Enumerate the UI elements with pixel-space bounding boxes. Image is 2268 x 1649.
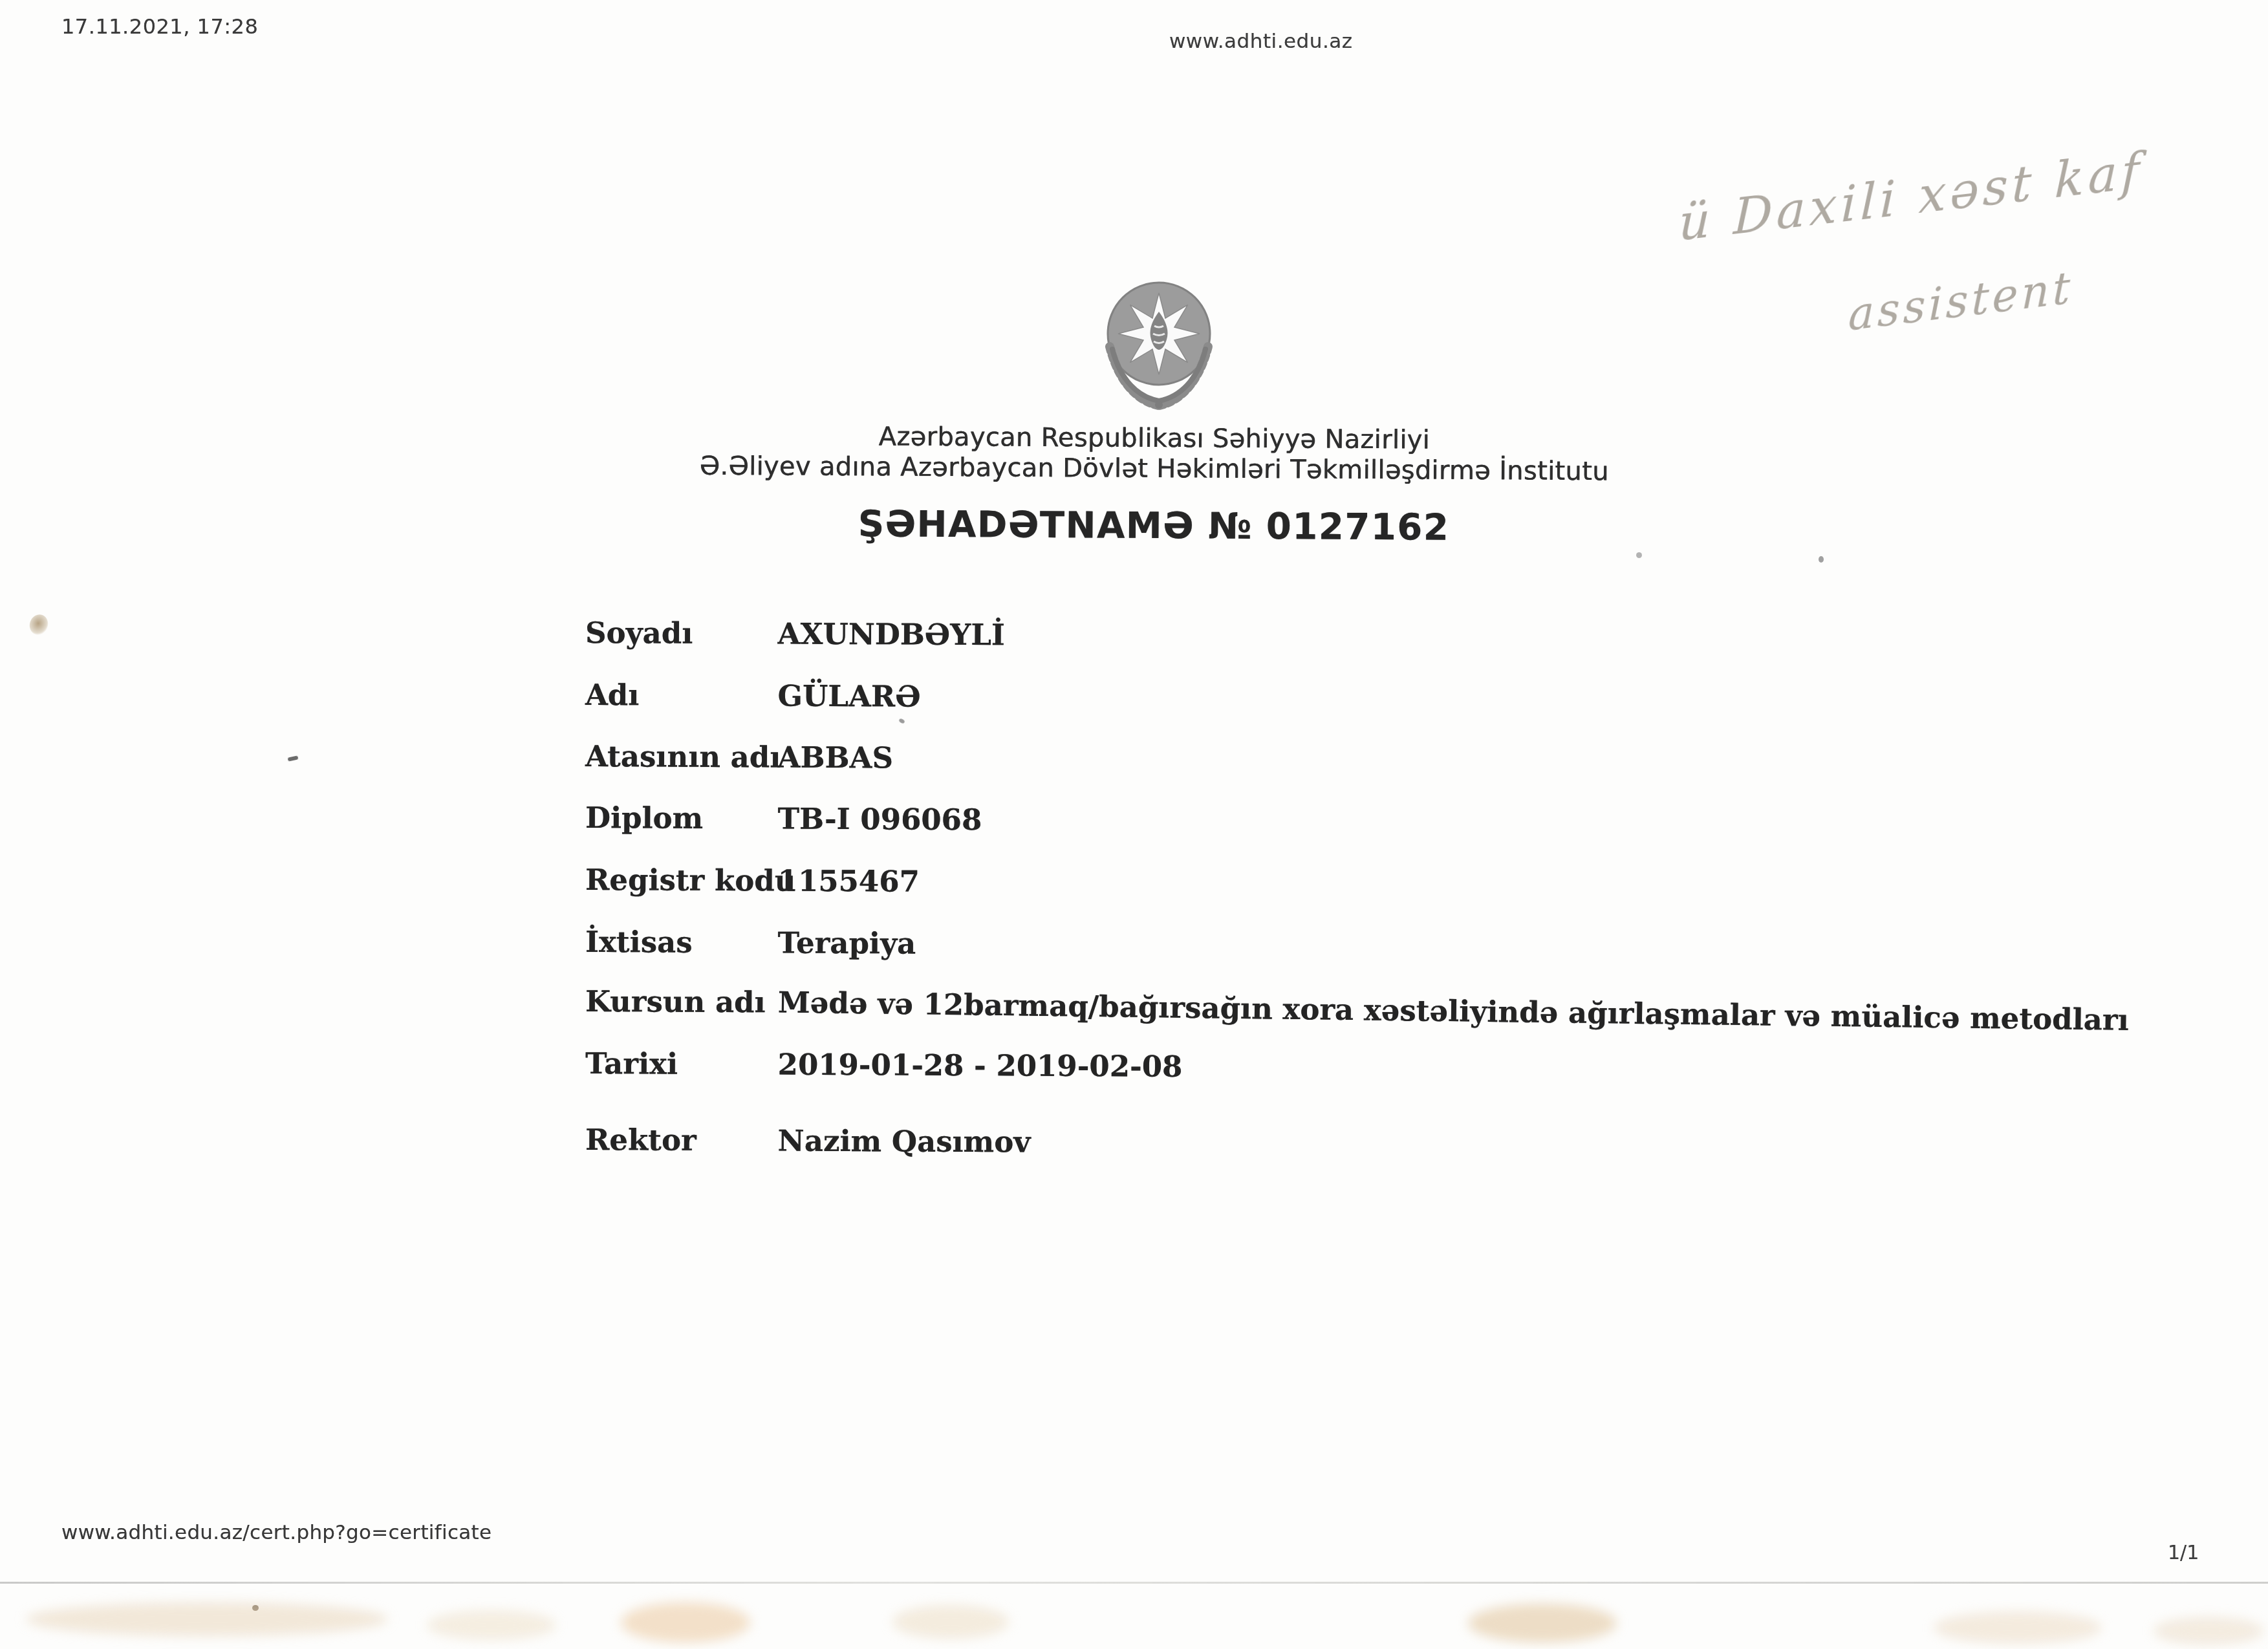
field-label: Adı — [585, 678, 768, 713]
handwritten-note-line1: ü Daxili xəst kaf — [1678, 141, 2144, 252]
field-label: Kursun adı — [585, 984, 768, 1019]
field-label: Soyadı — [585, 616, 768, 651]
scan-smudge — [427, 1610, 556, 1640]
scan-smudge — [2154, 1617, 2263, 1645]
scan-smudge — [26, 1602, 388, 1636]
field-value: GÜLARƏ — [778, 679, 921, 714]
field-row-registry-code: Registr kodu 1155467 — [585, 863, 920, 899]
scan-smudge — [621, 1602, 750, 1643]
field-label: Atasının adı — [585, 739, 768, 774]
print-header-url: www.adhti.edu.az — [1169, 30, 1353, 53]
field-row-course-name: Kursun adı Mədə və 12barmaq/bağırsağın x… — [585, 984, 2129, 1026]
scan-speck — [27, 612, 50, 638]
field-value: 2019-01-28 - 2019-02-08 — [778, 1048, 1183, 1084]
field-label: Registr kodu — [585, 863, 768, 898]
scan-smudge — [892, 1605, 1009, 1639]
institute-name: Ə.Əliyev adına Azərbaycan Dövlət Həkimlə… — [604, 451, 1703, 488]
field-row-father-name: Atasının adı ABBAS — [585, 739, 893, 775]
field-row-specialty: İxtisas Terapiya — [585, 925, 916, 961]
field-label: İxtisas — [585, 925, 768, 960]
azerbaijan-coat-of-arms-icon — [1103, 278, 1215, 426]
field-row-surname: Soyadı AXUNDBƏYLİ — [585, 616, 1005, 652]
scan-speck — [1819, 556, 1824, 563]
field-row-rector: Rektor Nazim Qasımov — [585, 1123, 1031, 1159]
field-value: TB-I 096068 — [778, 802, 982, 837]
scan-speck — [1636, 552, 1642, 558]
field-value: Mədə və 12barmaq/bağırsağın xora xəstəli… — [777, 986, 2128, 1037]
scan-edge-line — [0, 1582, 2268, 1584]
field-label: Diplom — [585, 801, 768, 835]
scan-speck — [252, 1605, 259, 1611]
field-value: 1155467 — [778, 864, 920, 899]
field-row-name: Adı GÜLARƏ — [585, 678, 921, 714]
field-label: Tarixi — [585, 1046, 768, 1081]
print-page-number: 1/1 — [2168, 1542, 2199, 1564]
field-value: ABBAS — [778, 740, 894, 775]
print-datetime: 17.11.2021, 17:28 — [61, 14, 258, 39]
handwritten-note-line2: assistent — [1848, 262, 2073, 341]
field-value: Terapiya — [778, 926, 916, 961]
field-label: Rektor — [585, 1123, 768, 1158]
field-value: AXUNDBƏYLİ — [778, 617, 1006, 652]
certificate-title: ŞƏHADƏTNAMƏ № 0127162 — [604, 502, 1703, 550]
printed-certificate-page: 17.11.2021, 17:28 www.adhti.edu.az ü Dax… — [0, 0, 2268, 1649]
field-row-diploma: Diplom TB-I 096068 — [585, 801, 982, 837]
org-header: Azərbaycan Respublikası Səhiyyə Nazirliy… — [604, 420, 1704, 550]
scan-smudge — [1468, 1604, 1617, 1643]
field-value: Nazim Qasımov — [778, 1124, 1031, 1159]
scan-smudge — [1934, 1611, 2102, 1644]
print-footer-url: www.adhti.edu.az/cert.php?go=certificate — [61, 1521, 491, 1544]
field-row-dates: Tarixi 2019-01-28 - 2019-02-08 — [585, 1046, 1183, 1084]
scan-speck — [898, 718, 905, 724]
scan-speck — [288, 755, 299, 761]
